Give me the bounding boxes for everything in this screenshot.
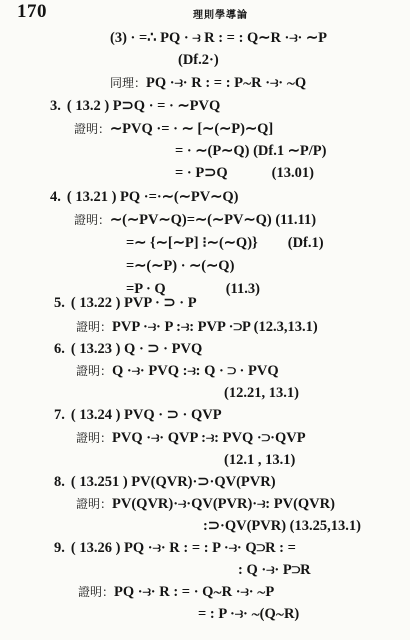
- page-number: 170: [17, 1, 47, 23]
- theorem-id: ( 13.21 ): [67, 189, 117, 205]
- theorem-number: 6.: [54, 341, 65, 357]
- proof-text: = · P⊃Q: [175, 165, 228, 181]
- proof-text: :⊃·QV(PVR): [203, 518, 286, 534]
- theorem-4: 4.( 13.21 ) PQ ·=·∼(∼PV∼Q): [50, 188, 238, 206]
- proof-reference: (13.25,13.1): [290, 518, 361, 534]
- theorem-number: 7.: [54, 407, 65, 423]
- proof-reference: (12.3,13.1): [254, 319, 318, 335]
- proof-reference: (Df.1 ∼P/P): [253, 143, 326, 159]
- proof-label: 證明：: [76, 497, 112, 511]
- theorem-id: ( 13.24 ): [71, 407, 121, 423]
- proof-4-line-2: =∼ {∼[∼P] ⁝∼(∼Q)}(Df.1): [126, 234, 324, 252]
- theorem-statement: Q · ⊃ · PVQ: [124, 341, 202, 357]
- proof-9-line-1: 證明：PQ ·⥽· R : = · Q∼R ·⥽· ∼P: [78, 583, 274, 601]
- intro-formula: (3) · =∴ PQ · ⥽ R : = : Q∼R ·⥽· ∼P: [110, 29, 327, 47]
- proof-5-line-1: 證明：PVP ·⥽· P :⥽: PVP ·⊃P (12.3,13.1): [76, 318, 318, 336]
- running-title: 理則學導論: [193, 6, 248, 21]
- proof-7-line-1: 證明：PVQ ·⥽· QVP :⥽: PVQ ·⊃·QVP: [76, 429, 306, 447]
- proof-text: Q ·⥽· PVQ :⥽: Q · ⊃ · PVQ: [112, 363, 279, 379]
- theorem-6: 6.( 13.23 ) Q · ⊃ · PVQ: [54, 340, 202, 358]
- proof-text: = · ∼(P∼Q): [175, 143, 249, 159]
- theorem-5: 5.( 13.22 ) PVP · ⊃ · P: [54, 294, 197, 312]
- proof-7-line-2: (12.1 , 13.1): [224, 451, 295, 469]
- theorem-number: 4.: [50, 189, 61, 205]
- theorem-number: 9.: [54, 540, 65, 556]
- theorem-id: ( 13.23 ): [71, 341, 121, 357]
- proof-reference: (13.01): [272, 165, 314, 181]
- book-page: 170 理則學導論 (3) · =∴ PQ · ⥽ R : = : Q∼R ·⥽…: [0, 0, 410, 640]
- proof-text: PVQ ·⥽· QVP :⥽: PVQ ·⊃·QVP: [112, 430, 306, 446]
- theorem-9-continuation: : Q ·⥽· P⊃R: [238, 561, 311, 579]
- proof-text: PQ ·⥽· R : = · Q∼R ·⥽· ∼P: [114, 584, 274, 600]
- intro-reference: (Df.2·): [178, 51, 219, 69]
- same-reasoning-label: 同理：: [110, 76, 146, 90]
- proof-4-line-1: 證明：∼(∼PV∼Q)=∼(∼PV∼Q) (11.11): [74, 211, 316, 229]
- proof-reference: (11.3): [226, 281, 260, 297]
- proof-6-line-1: 證明：Q ·⥽· PVQ :⥽: Q · ⊃ · PVQ: [76, 362, 279, 380]
- theorem-statement: PVP · ⊃ · P: [124, 295, 197, 311]
- proof-text: ∼(∼PV∼Q)=∼(∼PV∼Q): [110, 212, 272, 228]
- proof-label: 證明：: [74, 213, 110, 227]
- proof-label: 證明：: [78, 585, 114, 599]
- theorem-9: 9.( 13.26 ) PQ ·⥽· R : = : P ·⥽· Q⊃R : =: [54, 539, 296, 557]
- theorem-id: ( 13.26 ): [71, 540, 121, 556]
- theorem-7: 7.( 13.24 ) PVQ · ⊃ · QVP: [54, 406, 222, 424]
- theorem-statement: P⊃Q · = · ∼PVQ: [113, 98, 220, 114]
- proof-4-line-3: =∼(∼P) · ∼(∼Q): [126, 257, 234, 275]
- theorem-statement: PVQ · ⊃ · QVP: [124, 407, 222, 423]
- proof-text: PV(QVR)·⥽·QV(PVR)·⥽: PV(QVR): [112, 496, 335, 512]
- theorem-statement: PQ ·=·∼(∼PV∼Q): [120, 189, 238, 205]
- same-reasoning-line: 同理：PQ ·⥽· R : = : P∼R ·⥽· ∼Q: [110, 74, 306, 92]
- proof-reference: (Df.1): [288, 235, 324, 251]
- proof-reference: (12.1 , 13.1): [224, 452, 295, 468]
- theorem-statement: PV(QVR)·⊃·QV(PVR): [131, 474, 275, 490]
- proof-reference: (12.21, 13.1): [224, 385, 299, 401]
- proof-reference: (11.11): [275, 212, 316, 228]
- proof-text: = : P ·⥽· ∼(Q∼R): [198, 606, 299, 622]
- proof-8-line-1: 證明：PV(QVR)·⥽·QV(PVR)·⥽: PV(QVR): [76, 495, 335, 513]
- proof-label: 證明：: [74, 122, 110, 136]
- theorem-number: 5.: [54, 295, 65, 311]
- theorem-8: 8.( 13.251 ) PV(QVR)·⊃·QV(PVR): [54, 473, 276, 491]
- proof-8-line-2: :⊃·QV(PVR) (13.25,13.1): [203, 517, 361, 535]
- proof-3-line-1: 證明：∼PVQ ·= · ∼ [∼(∼P)∼Q]: [74, 120, 273, 138]
- proof-text: PVP ·⥽· P :⥽: PVP ·⊃P: [112, 319, 250, 335]
- theorem-id: ( 13.22 ): [71, 295, 121, 311]
- same-reasoning-formula: PQ ·⥽· R : = : P∼R ·⥽· ∼Q: [146, 75, 306, 91]
- theorem-statement: PQ ·⥽· R : = : P ·⥽· Q⊃R : =: [124, 540, 296, 556]
- proof-3-line-3: = · P⊃Q(13.01): [175, 164, 314, 182]
- proof-text: =∼ {∼[∼P] ⁝∼(∼Q)}: [126, 235, 258, 251]
- theorem-id: ( 13.2 ): [67, 98, 109, 114]
- proof-label: 證明：: [76, 431, 112, 445]
- proof-6-line-2: (12.21, 13.1): [224, 384, 299, 402]
- proof-3-line-2: = · ∼(P∼Q) (Df.1 ∼P/P): [175, 142, 326, 160]
- proof-text: ∼PVQ ·= · ∼ [∼(∼P)∼Q]: [110, 121, 273, 137]
- theorem-number: 3.: [50, 98, 61, 114]
- theorem-number: 8.: [54, 474, 65, 490]
- proof-text: =∼(∼P) · ∼(∼Q): [126, 258, 234, 274]
- theorem-3: 3.( 13.2 ) P⊃Q · = · ∼PVQ: [50, 97, 220, 115]
- proof-label: 證明：: [76, 320, 112, 334]
- theorem-id: ( 13.251 ): [71, 474, 128, 490]
- proof-9-line-2: = : P ·⥽· ∼(Q∼R): [198, 605, 299, 623]
- proof-label: 證明：: [76, 364, 112, 378]
